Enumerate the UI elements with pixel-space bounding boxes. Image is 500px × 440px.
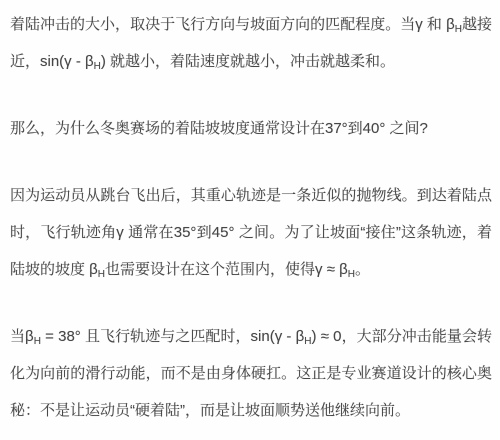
paragraph-question: 那么，为什么冬奥赛场的着陆坡坡度通常设计在37°到40° 之间? xyxy=(10,110,492,147)
paragraph-landing-impact: 着陆冲击的大小，取决于飞行方向与坡面方向的匹配程度。当γ 和 βH越接近，sin… xyxy=(10,6,492,80)
subscript-text: H xyxy=(348,269,355,280)
paragraph-trajectory: 因为运动员从跳台飞出后，其重心轨迹是一条近似的抛物线。到达着陆点时，飞行轨迹角γ… xyxy=(10,177,492,288)
subscript-text: H xyxy=(304,336,311,347)
text-run: 也需要设计在这个范围内，使得γ ≈ β xyxy=(105,261,348,278)
text-run: 。 xyxy=(355,261,370,278)
article-body: 着陆冲击的大小，取决于飞行方向与坡面方向的匹配程度。当γ 和 βH越接近，sin… xyxy=(0,0,500,440)
text-run: = 38° 且飞行轨迹与之匹配时，sin(γ - β xyxy=(41,328,304,345)
text-run: ) 就越小，着陆速度就越小，冲击就越柔和。 xyxy=(101,53,395,70)
subscript-text: H xyxy=(34,336,41,347)
text-run: 当β xyxy=(10,328,34,345)
subscript-text: H xyxy=(98,269,105,280)
subscript-text: H xyxy=(455,24,462,35)
paragraph-design-secret: 当βH = 38° 且飞行轨迹与之匹配时，sin(γ - βH) ≈ 0，大部分… xyxy=(10,318,492,429)
subscript-text: H xyxy=(94,61,101,72)
text-run: 那么，为什么冬奥赛场的着陆坡坡度通常设计在37°到40° 之间? xyxy=(10,120,428,137)
text-run: 着陆冲击的大小，取决于飞行方向与坡面方向的匹配程度。当γ 和 β xyxy=(10,16,455,33)
